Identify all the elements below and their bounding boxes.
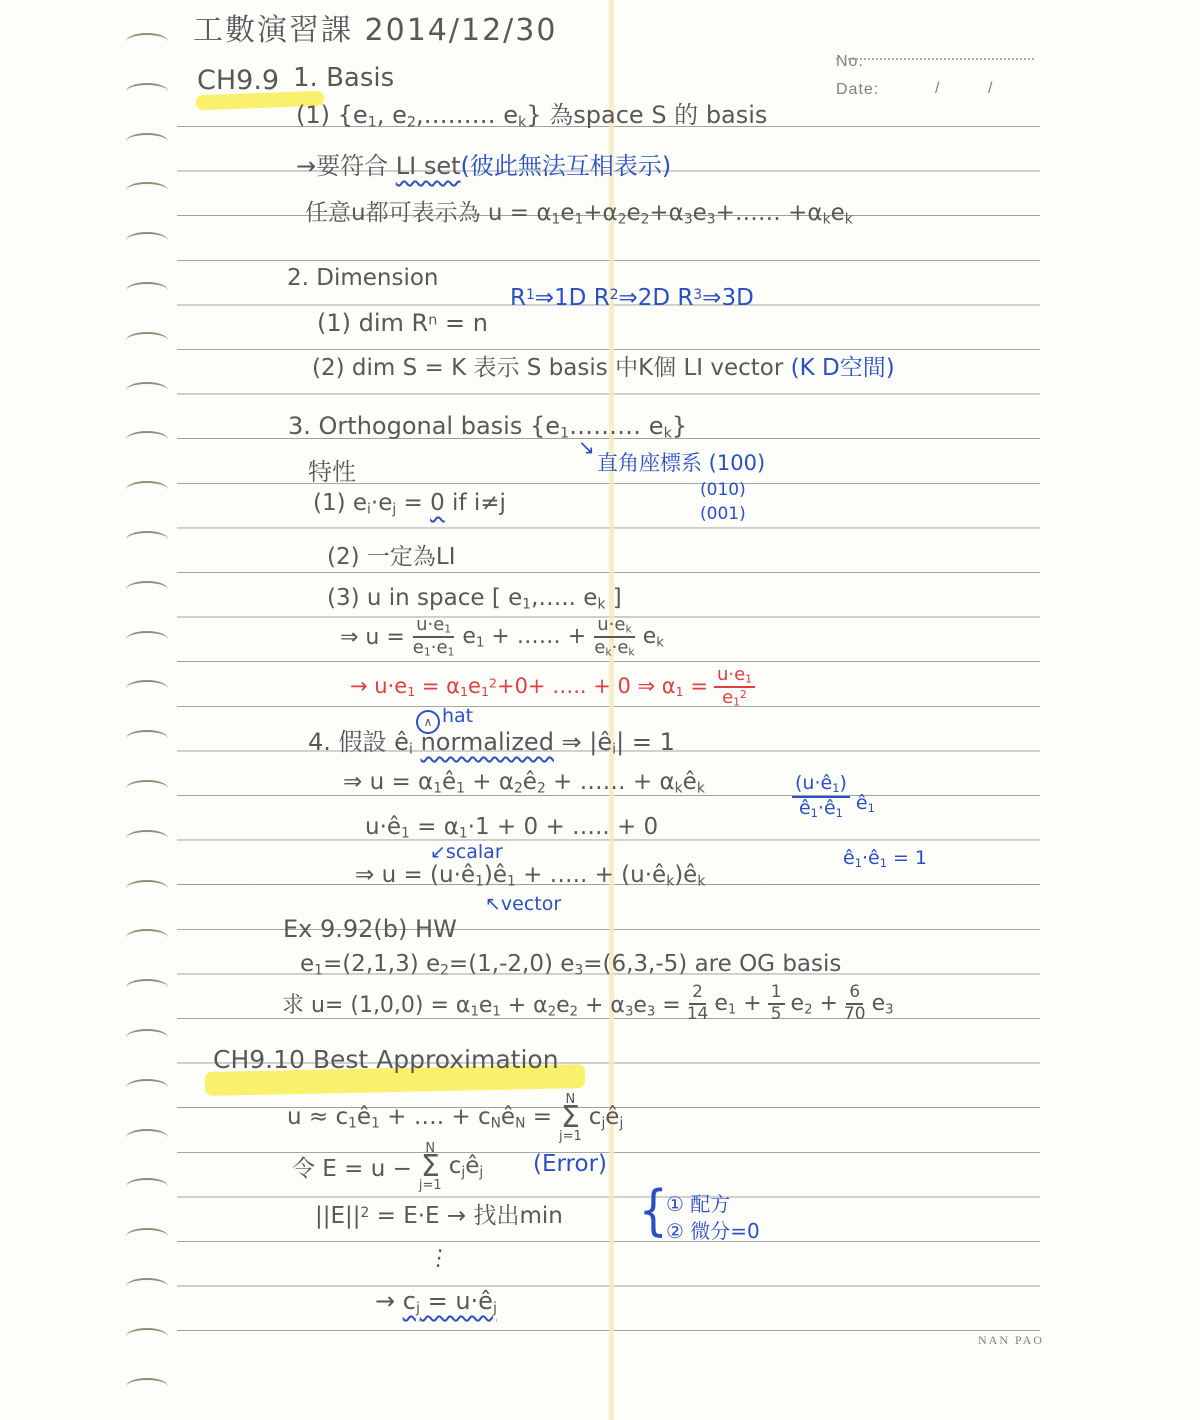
fraction-6-70: 6 70 [844, 984, 866, 1024]
alpha-derivation-red: → u·e1 = α1e12+0+ ….. + 0 ⇒ α1 = u·e1 e1… [350, 666, 755, 708]
sigma-icon: Σ [561, 1105, 580, 1131]
error-note: (Error) [533, 1150, 607, 1179]
coord-row-3: (001) [700, 504, 746, 525]
u-hat-projection-line: ⇒ u = (u·ê1)ê1 + ….. + (u·êk)êk [355, 861, 705, 891]
example-mid-2: e2 + [791, 991, 838, 1017]
binder-arc [126, 581, 168, 598]
paper-brand: NAN PAO [978, 1333, 1044, 1348]
sum-lower-limit: j=1 [419, 1180, 442, 1191]
chapter-label: CH9.9 [197, 64, 279, 98]
coord-row-2: (010) [700, 480, 746, 501]
fraction-1-5: 1 5 [768, 984, 785, 1024]
example-lead: 求 u= (1,0,0) = α1e1 + α2e2 + α3e3 = [282, 988, 681, 1019]
binder-arc [126, 282, 168, 299]
hat-label: hat [442, 705, 473, 729]
dim-s-line: (2) dim S = K 表示 S basis 中K個 LI vector (… [312, 354, 895, 383]
binder-arc [126, 182, 168, 199]
u-in-space-line: (3) u in space [ e1,….. ek ] [327, 584, 622, 614]
binder-arc [126, 631, 168, 648]
binder-arc [126, 83, 168, 100]
section-1-title: 1. Basis [293, 62, 394, 95]
binder-arc [126, 1278, 168, 1295]
binder-arc [126, 830, 168, 847]
fraction-ue1: u·e1 e1·e1 [413, 616, 455, 658]
notebook-page: 工數演習課 2014/12/30 CH9.9 1. Basis No. Date… [0, 0, 1200, 1420]
binder-arc [126, 1378, 168, 1395]
sum-lower-limit: j=1 [559, 1131, 582, 1142]
binder-arc [126, 531, 168, 548]
proj-lead: ⇒ u = [340, 625, 405, 650]
normalized-line: 4. 假設 êi normalized ⇒ |êi| = 1 [308, 727, 675, 759]
u-dot-e1-line: u·ê1 = α1·1 + 0 + ….. + 0 [365, 813, 658, 843]
dim-s-pre: (2) dim S = K 表示 S basis 中K個 LI vector [312, 355, 791, 381]
error-lead: 令 E = u − [292, 1150, 412, 1183]
binder-arc [126, 1079, 168, 1096]
example-tail: e3 [872, 991, 894, 1017]
fraction-denominator: 14 [687, 1005, 709, 1024]
result-arrow: → [375, 1287, 403, 1315]
binder-arc [126, 33, 168, 50]
binder-arc [126, 929, 168, 946]
coefficient-result-line: → cj = u·êj [375, 1286, 497, 1318]
fraction-2-14: 2 14 [687, 984, 709, 1024]
binder-arc [126, 880, 168, 897]
section-2-title: 2. Dimension [287, 264, 439, 293]
min-method-2: ② 微分=0 [666, 1219, 760, 1244]
side-fraction-note: (u·ê1) ê1·ê1 ê1 [792, 774, 875, 820]
no-label: No. [836, 52, 864, 72]
li-set-term: LI set [396, 152, 461, 180]
binder-arc [126, 481, 168, 498]
summation-symbol: N Σ j=1 [419, 1143, 442, 1191]
approx-tail: cjêj [589, 1104, 624, 1131]
fraction-numerator: 6 [846, 984, 863, 1005]
dim-s-note: (K D空間) [791, 355, 895, 381]
fraction-side: (u·ê1) ê1·ê1 [792, 774, 850, 820]
normalized-pre: 4. 假設 êi [308, 728, 421, 756]
brace-icon: { [639, 1184, 668, 1238]
coord-arrow-icon: ↘ [578, 435, 595, 460]
fraction-numerator: (u·ê1) [792, 774, 850, 798]
binder-arc [126, 1228, 168, 1245]
dim-rn-line: (1) dim Rn = n [317, 308, 488, 338]
no-dotted-line [836, 58, 1034, 60]
example-vectors-line: e1=(2,1,3) e2=(1,-2,0) e3=(6,3,-5) are O… [300, 950, 841, 980]
proj-tail: ek [643, 624, 664, 650]
error-mid: cjêj [449, 1153, 484, 1180]
basis-li-line: →要符合 LI set(彼此無法互相表示) [296, 151, 671, 181]
vector-annotation: ↖vector [485, 893, 561, 917]
li-line-note: (彼此無法互相表示) [461, 152, 672, 180]
normalized-post: ⇒ |êi| = 1 [554, 728, 675, 756]
orth-post: if i≠j [445, 490, 506, 516]
binder-arc [126, 1328, 168, 1345]
binder-arc [126, 232, 168, 249]
min-method-1: ① 配方 [666, 1192, 730, 1217]
fraction-numerator: 1 [768, 984, 785, 1005]
li-property-line: (2) 一定為LI [327, 543, 456, 572]
norm-squared-line: ||E||2 = E·E → 找出min [315, 1202, 563, 1231]
vertical-ellipsis: ⋮ [426, 1244, 452, 1274]
summation-symbol: N Σ j=1 [559, 1094, 582, 1142]
error-definition-line: 令 E = u − N Σ j=1 cjêj [292, 1143, 483, 1191]
li-line-pre: →要符合 [296, 152, 396, 180]
projection-formula: ⇒ u = u·e1 e1·e1 e1 + …… + u·ek ek·ek ek [340, 616, 664, 658]
sigma-icon: Σ [421, 1154, 440, 1180]
normalized-term: normalized [421, 728, 554, 756]
approximation-line: u ≈ c1ê1 + …. + cNêN = N Σ j=1 cjêj [287, 1094, 623, 1142]
binder-arc [126, 332, 168, 349]
result-formula: cj = u·êj [403, 1287, 497, 1315]
coord-system-note: 直角座標系 (100) [597, 450, 765, 476]
dimension-examples: R1⇒1D R2⇒2D R3⇒3D [510, 284, 754, 313]
binder-arc [126, 730, 168, 747]
fraction-denominator: 5 [771, 1005, 782, 1024]
example-title: Ex 9.92(b) HW [283, 914, 457, 944]
binder-arc [126, 780, 168, 797]
u-hat-expansion-line: ⇒ u = α1ê1 + α2ê2 + …… + αkêk [343, 768, 705, 798]
orth-pre: (1) ei·ej = [313, 490, 430, 516]
unit-dot-product-note: ê1·ê1 = 1 [843, 847, 927, 871]
properties-label: 特性 [308, 457, 356, 487]
fraction-numerator: u·e1 [714, 666, 755, 688]
date-label: Date: [836, 80, 879, 100]
fraction-denominator: 70 [844, 1005, 866, 1024]
fraction-numerator: u·ek [594, 616, 634, 638]
binder-arc [126, 1178, 168, 1195]
orthogonality-property-line: (1) ei·ej = 0 if i≠j [313, 489, 506, 519]
binder-arc [126, 133, 168, 150]
red-lead: → u·e1 = α1e12+0+ ….. + 0 ⇒ α1 = [350, 674, 708, 699]
fraction-denominator: ek·ek [594, 638, 634, 658]
fraction-red: u·e1 e12 [714, 666, 755, 708]
orth-zero: 0 [430, 490, 445, 516]
binder-arc [126, 680, 168, 697]
page-title: 工數演習課 2014/12/30 [193, 12, 557, 50]
binder-arc [126, 382, 168, 399]
date-slash-1: / [935, 79, 940, 99]
ch910-title: CH9.10 Best Approximation [213, 1044, 559, 1075]
fraction-uek: u·ek ek·ek [594, 616, 634, 658]
binder-arc [126, 1029, 168, 1046]
binder-arc [126, 979, 168, 996]
example-solution-line: 求 u= (1,0,0) = α1e1 + α2e2 + α3e3 = 2 14… [282, 984, 894, 1024]
fraction-numerator: 2 [689, 984, 706, 1005]
side-tail: ê1 [856, 792, 875, 815]
binder-arc [126, 431, 168, 448]
date-slash-2: / [988, 79, 993, 99]
binder-arc [126, 1129, 168, 1146]
fraction-numerator: u·e1 [413, 616, 454, 638]
basis-definition-line: (1) {e1, e2,……… ek} 為space S 的 basis [296, 100, 767, 132]
fraction-denominator: e1·e1 [413, 638, 455, 658]
fraction-denominator: e12 [722, 688, 747, 708]
basis-expansion-line: 任意u都可表示為 u = α1e1+α2e2+α3e3+…… +αkek [305, 199, 853, 229]
proj-mid: e1 + …… + [462, 624, 586, 650]
approx-lead: u ≈ c1ê1 + …. + cNêN = [287, 1104, 552, 1131]
example-mid-1: e1 + [714, 991, 761, 1017]
fraction-denominator: ê1·ê1 [799, 798, 843, 820]
section-3-title: 3. Orthogonal basis {e1……… ek} [288, 411, 687, 443]
